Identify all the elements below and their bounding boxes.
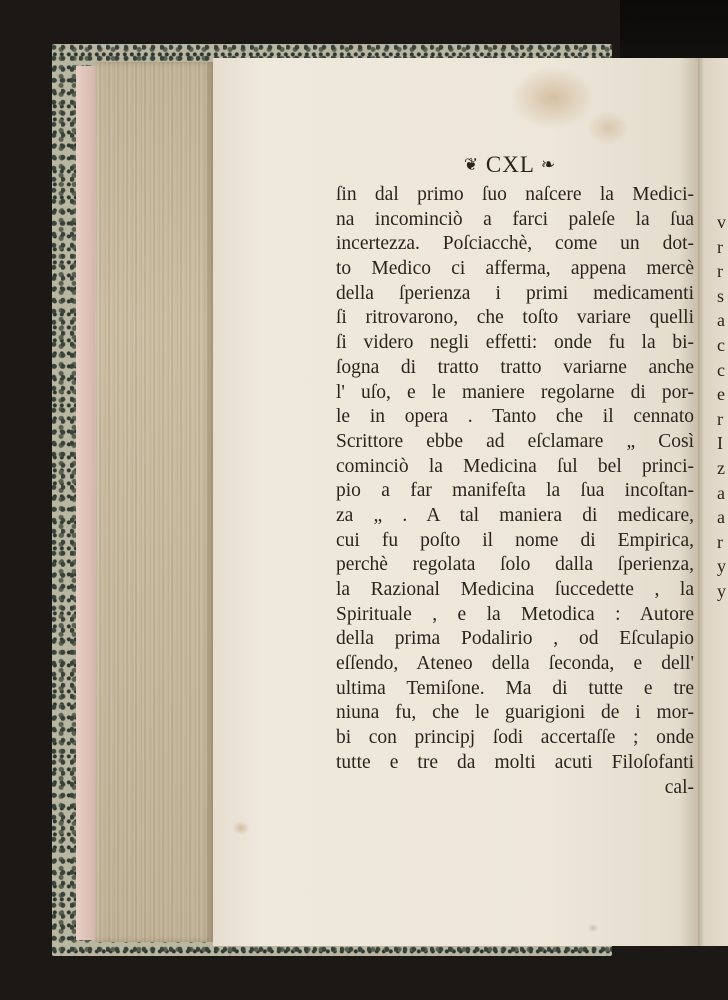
text-line: niuna fu, che le guarigioni de i mor-	[336, 701, 694, 726]
edge-letter: s	[717, 284, 728, 309]
text-line: pio a far manifeſta la ſua incoſtan-	[336, 479, 694, 504]
text-line: to Medico ci afferma, appena mercè	[336, 257, 694, 282]
body-text: ſin dal primo ſuo naſcere la Medici- na …	[336, 183, 694, 800]
text-line: perchè regolata ſolo dalla ſperienza,	[336, 553, 694, 578]
text-line: la Razional Medicina ſuccedette , la	[336, 578, 694, 603]
text-line: le in opera . Tanto che il cennato	[336, 405, 694, 430]
text-line: cominciò la Medicina ſul bel princi-	[336, 455, 694, 480]
edge-letter: r	[717, 407, 728, 432]
text-line: ſogna di tratto tratto variarne anche	[336, 356, 694, 381]
text-line: eſſendo, Ateneo della ſeconda, e dell'	[336, 652, 694, 677]
facing-page-letters: v r r s a c c e r I z a a r y y	[717, 210, 728, 604]
fore-edge-shading	[95, 62, 213, 942]
text-line: na incominciò a farci paleſe la ſua	[336, 208, 694, 233]
text-line: ſin dal primo ſuo naſcere la Medici-	[336, 183, 694, 208]
edge-letter: r	[717, 530, 728, 555]
edge-letter: v	[717, 210, 728, 235]
edge-letter: I	[717, 431, 728, 456]
text-line: Scrittore ebbe ad eſclamare „ Così	[336, 430, 694, 455]
text-line: ultima Temiſone. Ma di tutte e tre	[336, 677, 694, 702]
edge-letter: c	[717, 358, 728, 383]
text-line: ſi ritrovarono, che toſto variare quelli	[336, 306, 694, 331]
fleuron-right-icon: ❧	[541, 155, 556, 174]
running-head: ❦ CXL ❧	[440, 152, 580, 178]
edge-letter: y	[717, 554, 728, 579]
text-line: Spirituale , e la Metodica : Autore	[336, 603, 694, 628]
fleuron-left-icon: ❦	[464, 155, 479, 174]
text-line: l' uſo, e le maniere regolarne di por-	[336, 381, 694, 406]
edge-letter: y	[717, 579, 728, 604]
text-line: ſi videro negli effetti: onde fu la bi-	[336, 331, 694, 356]
text-line: della prima Podalirio , od Eſculapio	[336, 627, 694, 652]
edge-letter: c	[717, 333, 728, 358]
text-line: bi con principj ſodi accertaſſe ; onde	[336, 726, 694, 751]
edge-letter: z	[717, 456, 728, 481]
edge-letter: r	[717, 259, 728, 284]
text-line: za „ . A tal maniera di medicare,	[336, 504, 694, 529]
page-number: CXL	[486, 152, 534, 177]
edge-letter: a	[717, 505, 728, 530]
text-line: tutte e tre da molti acuti Filoſofanti	[336, 751, 694, 776]
text-line: cui fu poſto il nome di Empirica,	[336, 529, 694, 554]
text-line: della ſperienza i primi medicamenti	[336, 282, 694, 307]
edge-letter: e	[717, 382, 728, 407]
edge-letter: a	[717, 481, 728, 506]
edge-letter: a	[717, 308, 728, 333]
text-line: incertezza. Poſciacchè, come un dot-	[336, 232, 694, 257]
catchword: cal-	[336, 776, 694, 801]
edge-letter: r	[717, 235, 728, 260]
